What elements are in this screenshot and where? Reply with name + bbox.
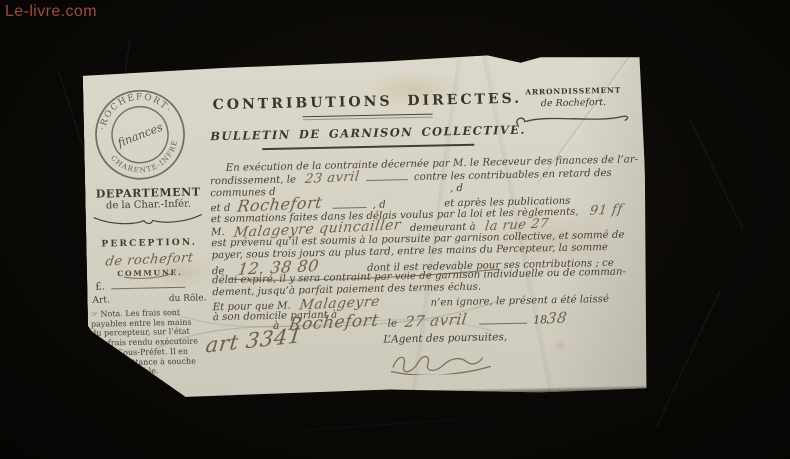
scratch-mark [690, 120, 744, 228]
paper-document: ·ROCHEFORT· CHARENTE-INFRE finances CONT… [83, 52, 650, 402]
title-rule [303, 114, 433, 121]
scratch-mark [300, 419, 460, 431]
arrondissement-block: ARRONDISSEMENT de Rochefort. [498, 85, 649, 129]
signature [386, 341, 499, 375]
handwriting-scribble: 91 ff [589, 204, 624, 218]
perception-handwriting: de rochefort [86, 247, 212, 269]
handwriting-perception: de rochefort [105, 250, 195, 269]
strike-line [123, 271, 175, 280]
art-label: Art. [92, 295, 109, 305]
scratch-mark [656, 290, 720, 426]
swash-divider [510, 110, 638, 129]
blank-rule [366, 173, 408, 182]
arrondissement-subtitle: de Rochefort. [498, 96, 648, 110]
fiscal-stamp-seal: ·ROCHEFORT· CHARENTE-INFRE finances [81, 76, 199, 194]
document-header: CONTRIBUTIONS DIRECTES. BULLETIN DE GARN… [201, 90, 534, 151]
signature-flourish [386, 341, 499, 375]
left-column: DEPARTEMENT de la Char.-Infér. PERCEPTIO… [83, 61, 209, 64]
document-title: CONTRIBUTIONS DIRECTES. [201, 90, 533, 113]
margin-handwriting: art 3341 [206, 327, 302, 353]
subtitle-rule [262, 144, 474, 151]
arrondissement-title: ARRONDISSEMENT [498, 85, 648, 97]
handwriting-year: 38 [546, 309, 568, 328]
blank-rule [332, 200, 366, 209]
brace-divider [92, 212, 204, 228]
watermark-text: Le-livre.com [5, 3, 97, 21]
exercice-row: £. [95, 279, 207, 292]
blank-rule [479, 316, 527, 325]
date-le-label: le [387, 317, 397, 329]
blank-rule [111, 280, 185, 290]
exercice-label: £. [95, 281, 105, 292]
stamp-center-text: finances [115, 120, 165, 150]
handwriting-day: 27 avril [404, 310, 469, 331]
departement-sublabel: de la Char.-Infér. [85, 198, 211, 212]
photo-background: Le-livre.com ·ROCHEFORT· CHARENTE-INFRE … [0, 0, 790, 459]
document-subtitle: BULLETIN DE GARNISON COLLECTIVE. [202, 122, 534, 143]
paper-edge-shadow [234, 385, 646, 399]
